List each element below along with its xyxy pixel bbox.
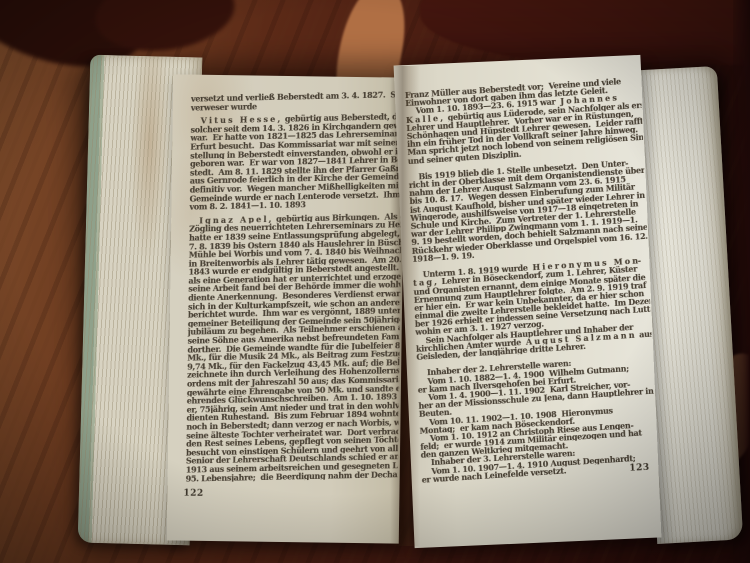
book-gutter: [390, 66, 420, 546]
photo-vignette: [0, 0, 750, 563]
photo-scene: versetzt und verließ Beberstedt am 3. 4.…: [0, 0, 750, 563]
